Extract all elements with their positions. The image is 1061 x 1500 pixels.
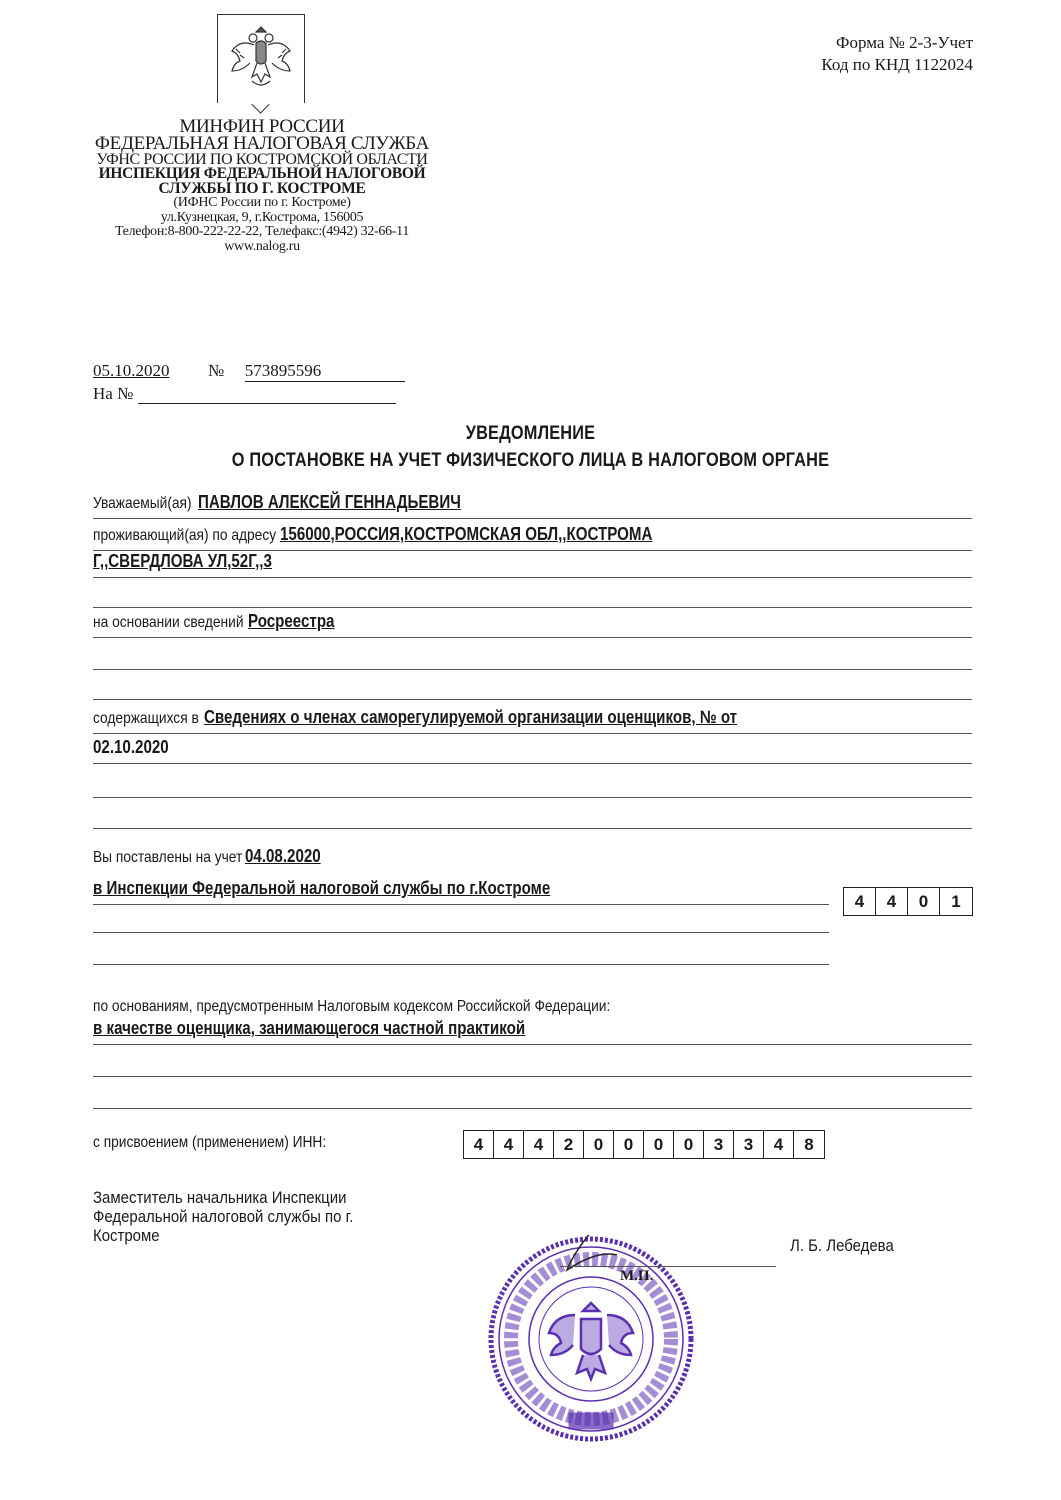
grounds-value: в качестве оценщика, занимающегося частн…	[93, 1018, 525, 1039]
notice-title: УВЕДОМЛЕНИЕ	[74, 423, 986, 445]
contained-row-2: 02.10.2020	[93, 737, 972, 764]
inspection-code-digit: 4	[844, 888, 876, 915]
signer-name: Л. Б. Лебедева	[790, 1236, 894, 1256]
coat-of-arms-frame	[217, 14, 305, 103]
seal-mark: М.П.	[620, 1268, 653, 1285]
contained-value-2: 02.10.2020	[93, 737, 169, 758]
inn-digit: 8	[794, 1131, 824, 1158]
address-label: проживающий(ая) по адресу	[93, 527, 276, 545]
issuer-block: МИНФИН РОССИИ ФЕДЕРАЛЬНАЯ НАЛОГОВАЯ СЛУЖ…	[80, 118, 444, 254]
basis-row: на основании сведений Росреестра	[93, 611, 972, 638]
issuer-phones: Телефон:8-800-222-22-22, Телефакс:(4942)…	[80, 225, 444, 240]
inn-digit: 0	[674, 1131, 704, 1158]
basis-value: Росреестра	[248, 611, 334, 632]
signer-position: Заместитель начальника Инспекции Федерал…	[93, 1188, 445, 1245]
registered-row: Вы поставлены на учет 04.08.2020	[93, 846, 335, 867]
registration-number-field: 573895596	[245, 361, 405, 382]
blank-line	[93, 673, 972, 700]
signer-position-line-3: Костроме	[93, 1226, 445, 1245]
inspection-code-digit: 1	[940, 888, 972, 915]
signer-position-line-2: Федеральной налоговой службы по г.	[93, 1207, 445, 1226]
reply-to-line: На №	[93, 384, 396, 404]
inn-digit: 0	[584, 1131, 614, 1158]
issuer-address: ул.Кузнецкая, 9, г.Кострома, 156005	[80, 211, 444, 226]
blank-line	[93, 802, 972, 829]
salutation-label: Уважаемый(ая)	[93, 495, 192, 513]
inspection-row: в Инспекции Федеральной налоговой службы…	[93, 878, 829, 905]
inn-digit: 4	[524, 1131, 554, 1158]
salutation-row: Уважаемый(ая) ПАВЛОВ АЛЕКСЕЙ ГЕННАДЬЕВИЧ	[93, 492, 972, 519]
reply-to-field	[138, 385, 396, 404]
address-line-2: Г,,СВЕРДЛОВА УЛ,52Г,,3	[93, 551, 272, 572]
form-number: Форма № 2-3-Учет	[821, 32, 973, 54]
contained-label: содержащихся в	[93, 710, 199, 728]
blank-line	[93, 581, 972, 608]
knd-code: Код по КНД 1122024	[821, 54, 973, 76]
signature-line	[560, 1266, 776, 1267]
inn-digit: 3	[734, 1131, 764, 1158]
inspection-code-digit: 4	[876, 888, 908, 915]
blank-line	[93, 1050, 972, 1077]
inspection-code-digit: 0	[908, 888, 940, 915]
inn-digit: 0	[644, 1131, 674, 1158]
issuer-short-name: (ИФНС России по г. Костроме)	[80, 196, 444, 211]
issuer-line-5: СЛУЖБЫ ПО Г. КОСТРОМЕ	[80, 182, 444, 197]
inspection-code-box: 4401	[843, 887, 973, 916]
signer-position-line-1: Заместитель начальника Инспекции	[93, 1188, 445, 1207]
reply-to-label: На №	[93, 384, 133, 403]
contained-row-1: содержащихся в Сведениях о членах саморе…	[93, 707, 972, 734]
inn-digit: 0	[614, 1131, 644, 1158]
inn-digit: 4	[464, 1131, 494, 1158]
blank-line	[93, 1082, 972, 1109]
russian-coat-of-arms-icon	[226, 23, 296, 95]
registration-number-label: №	[208, 361, 224, 380]
issuer-website: www.nalog.ru	[80, 240, 444, 255]
full-name: ПАВЛОВ АЛЕКСЕЙ ГЕННАДЬЕВИЧ	[198, 492, 461, 513]
grounds-label: по основаниям, предусмотренным Налоговым…	[93, 998, 610, 1016]
registered-date: 04.08.2020	[245, 846, 321, 867]
blank-line	[93, 643, 972, 670]
inspection-name: в Инспекции Федеральной налоговой службы…	[93, 878, 550, 899]
inn-label: с присвоением (применением) ИНН:	[93, 1134, 326, 1152]
basis-label: на основании сведений	[93, 614, 244, 632]
address-row-1: проживающий(ая) по адресу 156000,РОССИЯ,…	[93, 524, 972, 551]
blank-line	[93, 906, 829, 933]
grounds-row: в качестве оценщика, занимающегося частн…	[93, 1018, 972, 1045]
registration-line: 05.10.2020 № 573895596	[93, 361, 405, 382]
registration-date: 05.10.2020	[93, 361, 170, 380]
inn-digit: 4	[494, 1131, 524, 1158]
notice-subtitle: О ПОСТАНОВКЕ НА УЧЕТ ФИЗИЧЕСКОГО ЛИЦА В …	[74, 450, 986, 472]
contained-value-1: Сведениях о членах саморегулируемой орга…	[204, 707, 737, 728]
inn-label-row: с присвоением (применением) ИНН:	[93, 1134, 364, 1152]
inn-box: 444200003348	[463, 1130, 825, 1159]
registration-number: 573895596	[245, 361, 322, 380]
address-row-2: Г,,СВЕРДЛОВА УЛ,52Г,,3	[93, 551, 972, 578]
issuer-line-2: ФЕДЕРАЛЬНАЯ НАЛОГОВАЯ СЛУЖБА	[80, 135, 444, 152]
blank-line	[93, 771, 972, 798]
form-code-block: Форма № 2-3-Учет Код по КНД 1122024	[821, 32, 973, 76]
blank-line	[93, 938, 829, 965]
address-line-1: 156000,РОССИЯ,КОСТРОМСКАЯ ОБЛ,,КОСТРОМА	[280, 524, 652, 545]
inn-digit: 3	[704, 1131, 734, 1158]
grounds-label-row: по основаниям, предусмотренным Налоговым…	[93, 998, 695, 1016]
inn-digit: 4	[764, 1131, 794, 1158]
inn-digit: 2	[554, 1131, 584, 1158]
registered-label: Вы поставлены на учет	[93, 849, 242, 867]
